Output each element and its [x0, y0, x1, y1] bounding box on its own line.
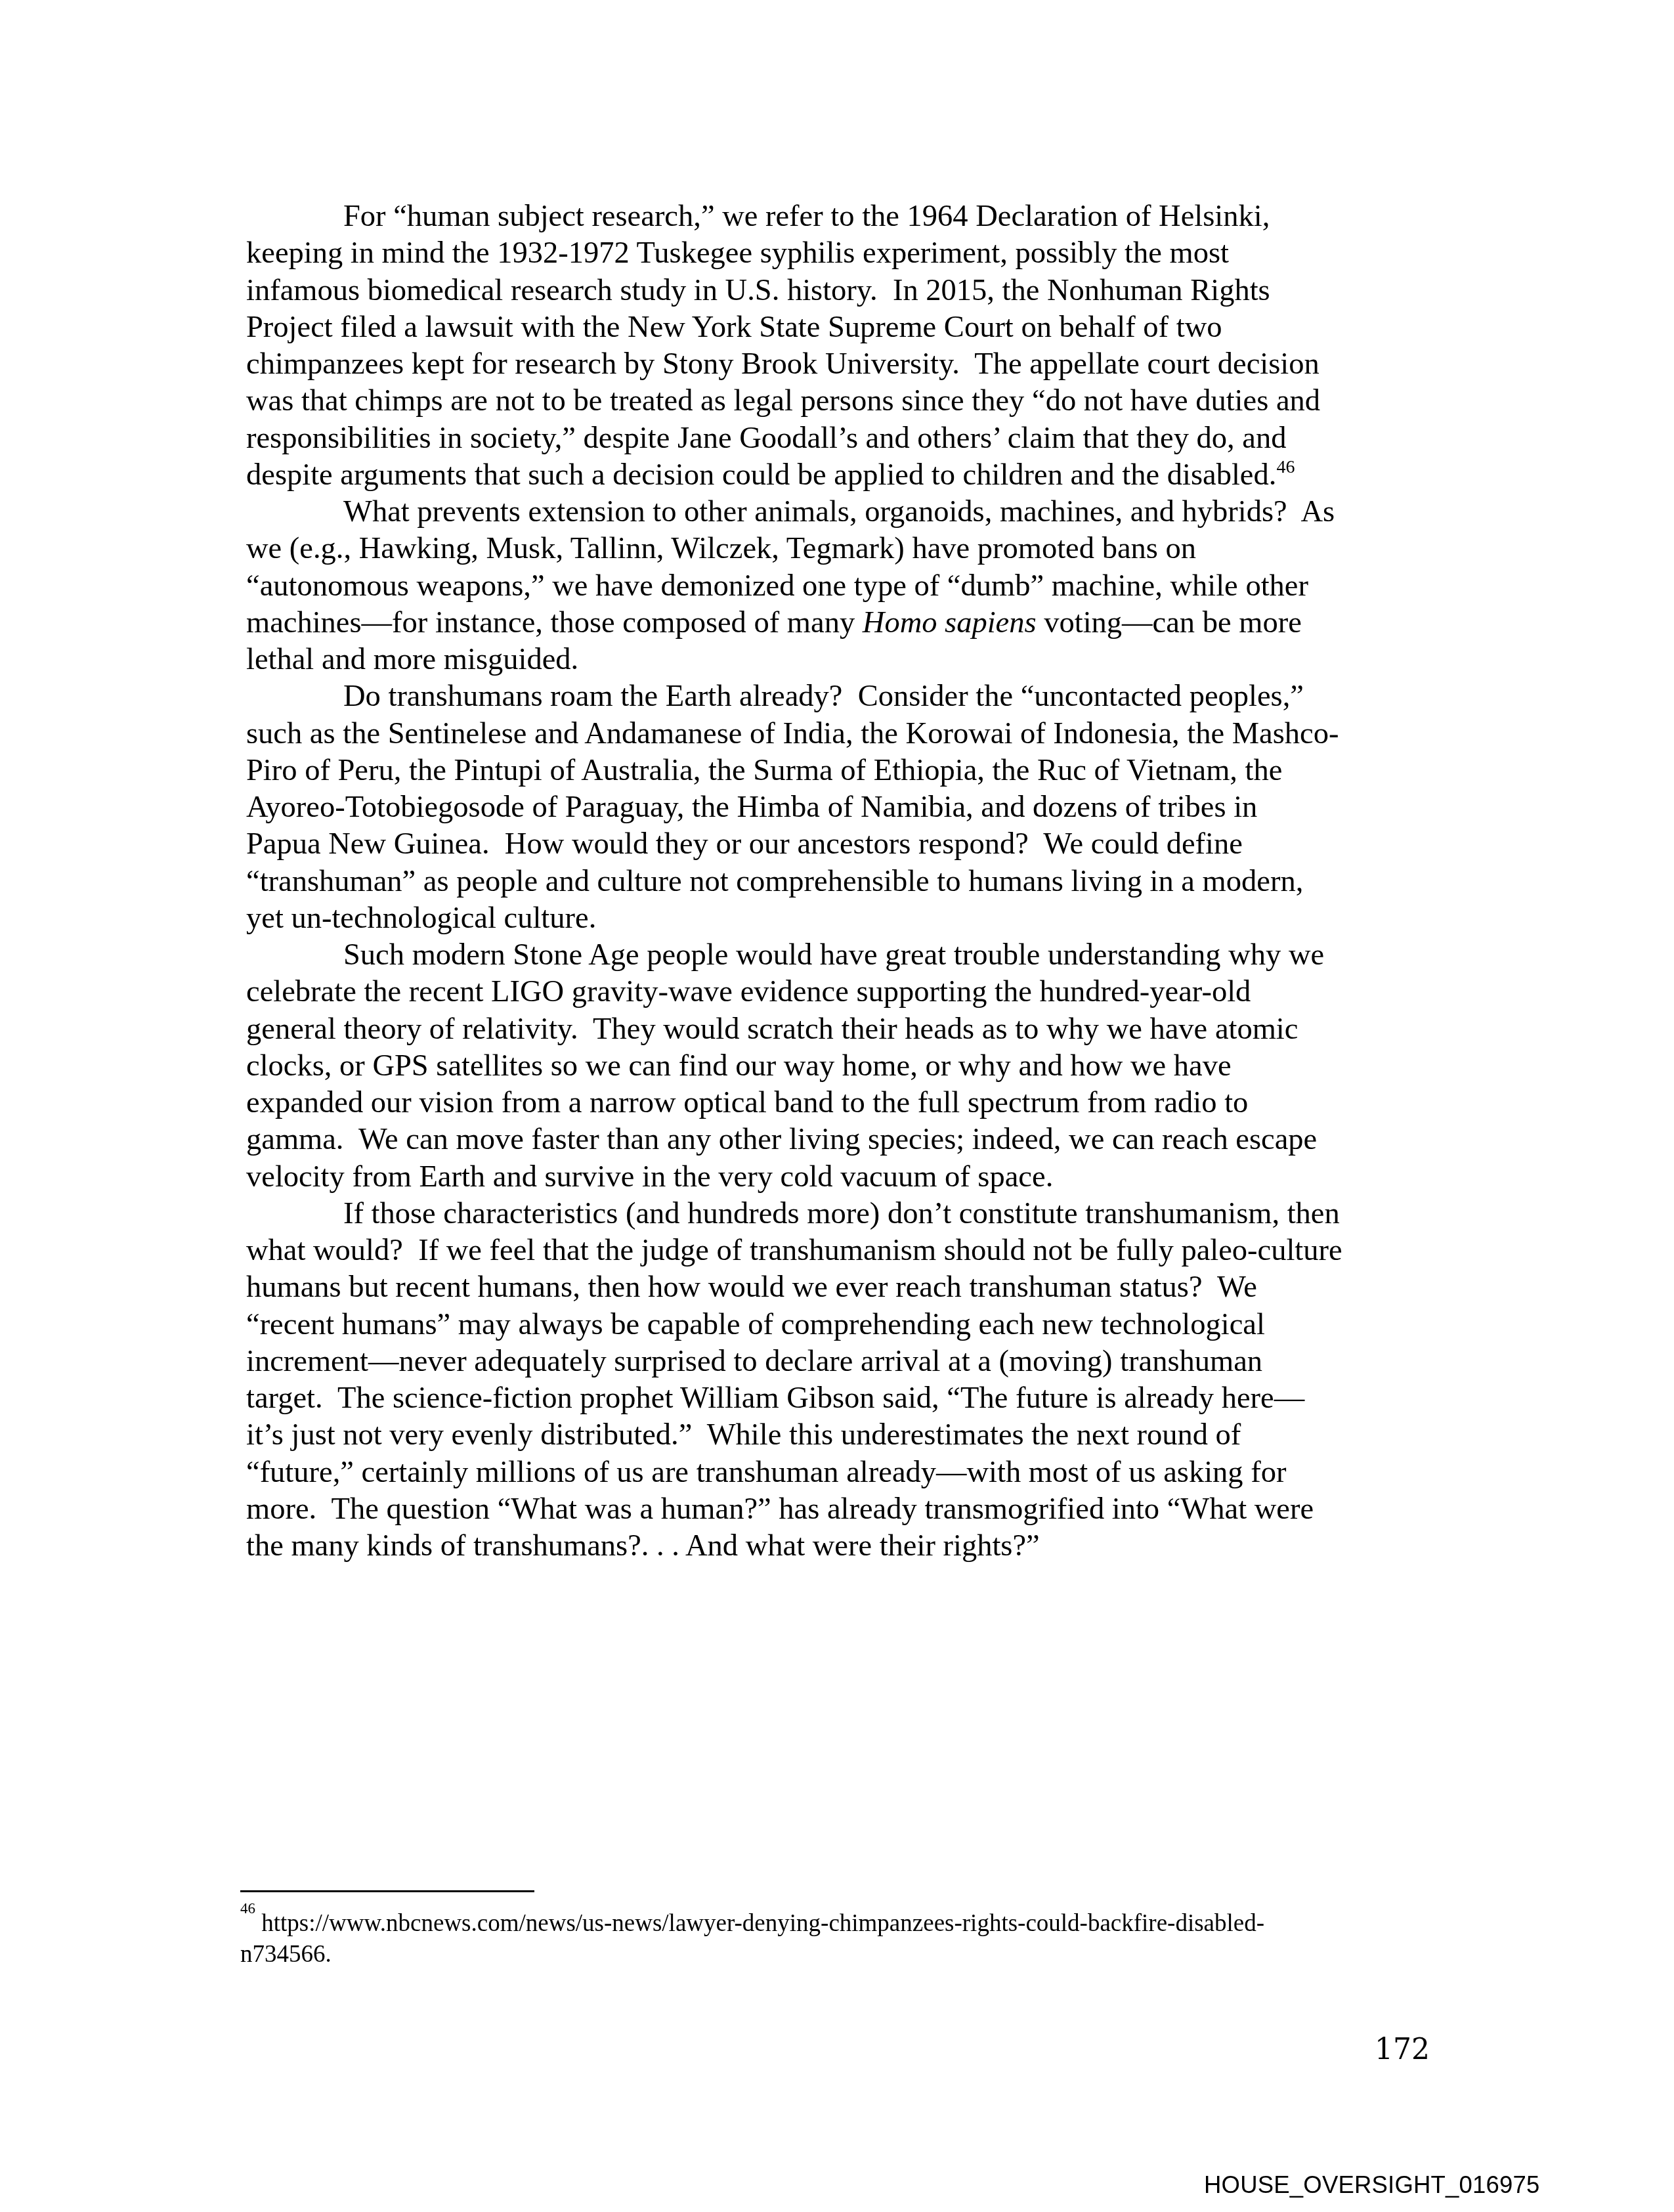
footnote-reference-46[interactable]: 46 — [1276, 457, 1295, 477]
text-line: Papua New Guinea. How would they or our … — [246, 826, 1441, 863]
text-line: Such modern Stone Age people would have … — [246, 937, 1441, 974]
bates-stamp: HOUSE_OVERSIGHT_016975 — [1204, 2171, 1540, 2200]
text-line: clocks, or GPS satellites so we can find… — [246, 1048, 1441, 1085]
text-line: we (e.g., Hawking, Musk, Tallinn, Wilcze… — [246, 531, 1441, 567]
text-line: was that chimps are not to be treated as… — [246, 383, 1441, 420]
text-line: “recent humans” may always be capable of… — [246, 1307, 1441, 1343]
text-line: more. The question “What was a human?” h… — [246, 1491, 1441, 1528]
text-line: it’s just not very evenly distributed.” … — [246, 1417, 1441, 1454]
text-line: machines—for instance, those composed of… — [246, 605, 1441, 641]
italic-species-name: Homo sapiens — [863, 606, 1037, 640]
text-line: keeping in mind the 1932-1972 Tuskegee s… — [246, 235, 1441, 272]
text-line: responsibilities in society,” despite Ja… — [246, 420, 1441, 457]
page-number: 172 — [1375, 2031, 1430, 2068]
text-line: chimpanzees kept for research by Stony B… — [246, 346, 1441, 383]
text-line: despite arguments that such a decision c… — [246, 457, 1441, 494]
text-line: celebrate the recent LIGO gravity-wave e… — [246, 974, 1441, 1010]
paragraph-stone-age-people: Such modern Stone Age people would have … — [246, 937, 1441, 1196]
text-line: target. The science-fiction prophet Will… — [246, 1380, 1441, 1417]
text-line: what would? If we feel that the judge of… — [246, 1232, 1441, 1269]
text-line-content: voting—can be more — [1037, 606, 1302, 640]
text-line: yet un-technological culture. — [246, 900, 1441, 937]
footnotes: 46 https://www.nbcnews.com/news/us-news/… — [240, 1908, 1455, 1970]
text-line: lethal and more misguided. — [246, 641, 1441, 678]
text-line: Piro of Peru, the Pintupi of Australia, … — [246, 752, 1441, 789]
paragraph-human-subject-research: For “human subject research,” we refer t… — [246, 198, 1441, 494]
text-line: expanded our vision from a narrow optica… — [246, 1085, 1441, 1121]
text-line: For “human subject research,” we refer t… — [246, 198, 1441, 235]
text-line: If those characteristics (and hundreds m… — [246, 1196, 1441, 1232]
text-line: Do transhumans roam the Earth already? C… — [246, 678, 1441, 715]
text-line: the many kinds of transhumans?. . . And … — [246, 1528, 1441, 1565]
footnote-line: 46 https://www.nbcnews.com/news/us-news/… — [240, 1908, 1455, 1939]
document-page: For “human subject research,” we refer t… — [0, 0, 1674, 2212]
footnote-separator — [240, 1890, 534, 1892]
text-line: humans but recent humans, then how would… — [246, 1269, 1441, 1306]
footnote-line: n734566. — [240, 1939, 1455, 1970]
text-line: general theory of relativity. They would… — [246, 1011, 1441, 1048]
text-line: “transhuman” as people and culture not c… — [246, 863, 1441, 900]
text-line: Project filed a lawsuit with the New Yor… — [246, 309, 1441, 346]
paragraph-uncontacted-peoples: Do transhumans roam the Earth already? C… — [246, 678, 1441, 937]
text-line: infamous biomedical research study in U.… — [246, 272, 1441, 309]
footnote-46: 46 https://www.nbcnews.com/news/us-news/… — [240, 1908, 1455, 1970]
text-line: gamma. We can move faster than any other… — [246, 1121, 1441, 1158]
text-line-content: machines—for instance, those composed of… — [246, 606, 863, 640]
body-text: For “human subject research,” we refer t… — [246, 198, 1441, 1565]
text-line: increment—never adequately surprised to … — [246, 1343, 1441, 1380]
text-line: velocity from Earth and survive in the v… — [246, 1159, 1441, 1196]
paragraph-transhumanism-definition: If those characteristics (and hundreds m… — [246, 1196, 1441, 1565]
footnote-number: 46 — [240, 1900, 255, 1917]
footnote-url[interactable]: https://www.nbcnews.com/news/us-news/law… — [261, 1910, 1264, 1937]
text-line: “autonomous weapons,” we have demonized … — [246, 568, 1441, 605]
text-line: such as the Sentinelese and Andamanese o… — [246, 716, 1441, 752]
paragraph-extension-to-others: What prevents extension to other animals… — [246, 494, 1441, 678]
text-line-content: despite arguments that such a decision c… — [246, 458, 1276, 492]
text-line: What prevents extension to other animals… — [246, 494, 1441, 531]
text-line: Ayoreo-Totobiegosode of Paraguay, the Hi… — [246, 789, 1441, 826]
text-line: “future,” certainly millions of us are t… — [246, 1454, 1441, 1491]
